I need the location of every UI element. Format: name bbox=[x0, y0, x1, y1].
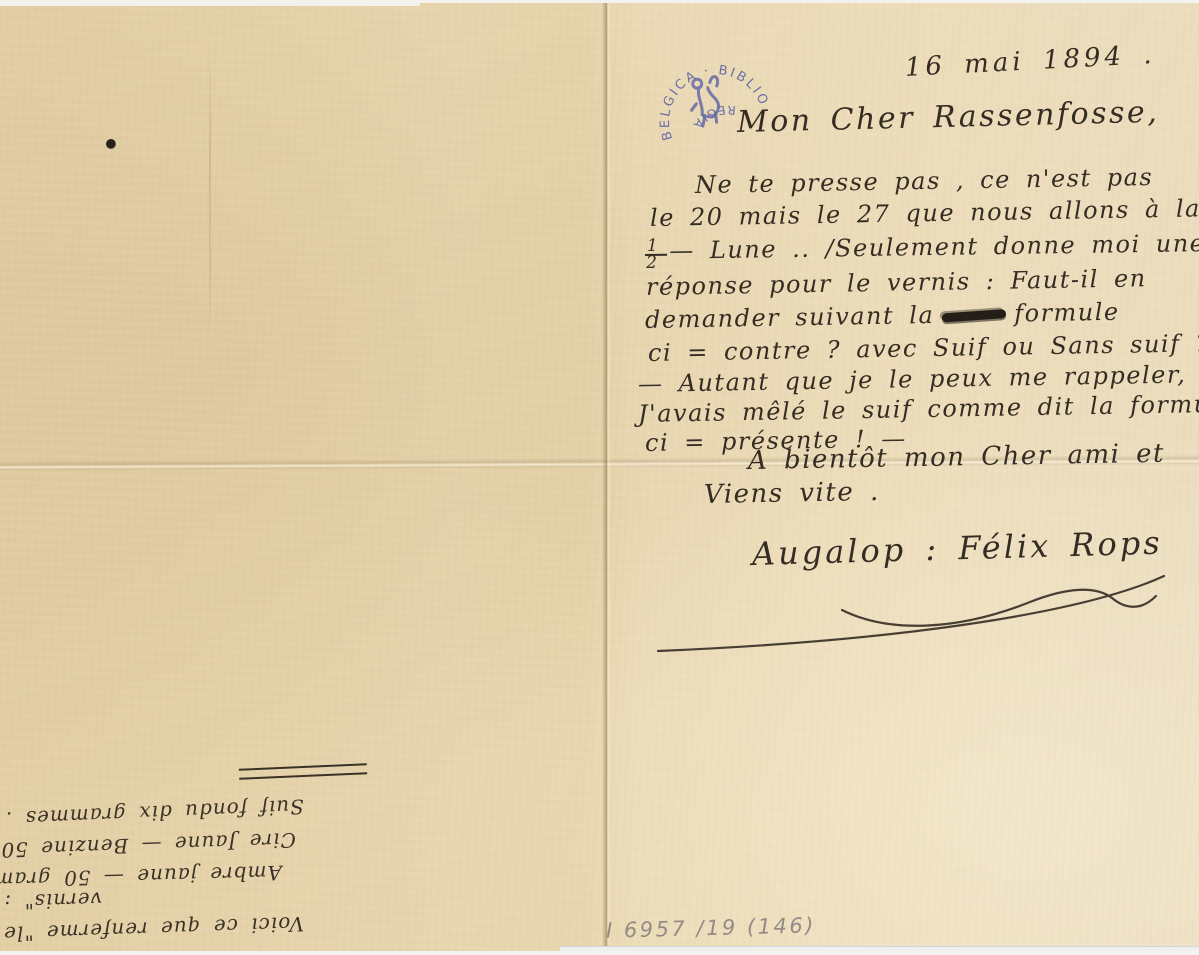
inverted-recipe-block: Voici ce que renferme "le vernis" : Ambr… bbox=[28, 745, 420, 943]
letter-paper: BELGICA · BIBLIOTHECA REGIA 16 mai 1894 … bbox=[0, 3, 1199, 951]
letter-closing: Viens vite . bbox=[704, 477, 880, 510]
recipe-line: Voici ce que renferme "le bbox=[3, 912, 305, 946]
ink-spot bbox=[106, 139, 116, 149]
scribbled-out-word bbox=[942, 309, 1006, 322]
recipe-line: Suif fondu dix grammes . bbox=[5, 794, 305, 831]
vertical-fold-crease bbox=[602, 3, 611, 951]
signature-flourish bbox=[590, 558, 1199, 668]
scan-edge-bottom bbox=[560, 946, 1199, 951]
recipe-double-rule bbox=[239, 763, 367, 780]
recipe-line: Cire Jaune — Benzine 50 grammes bbox=[0, 828, 296, 866]
faint-left-crease bbox=[209, 45, 211, 345]
scan-edge-top bbox=[0, 3, 420, 6]
recipe-line: Ambre jaune — 50 grammes bbox=[0, 861, 282, 894]
one-half-fraction: 12 bbox=[645, 239, 668, 270]
